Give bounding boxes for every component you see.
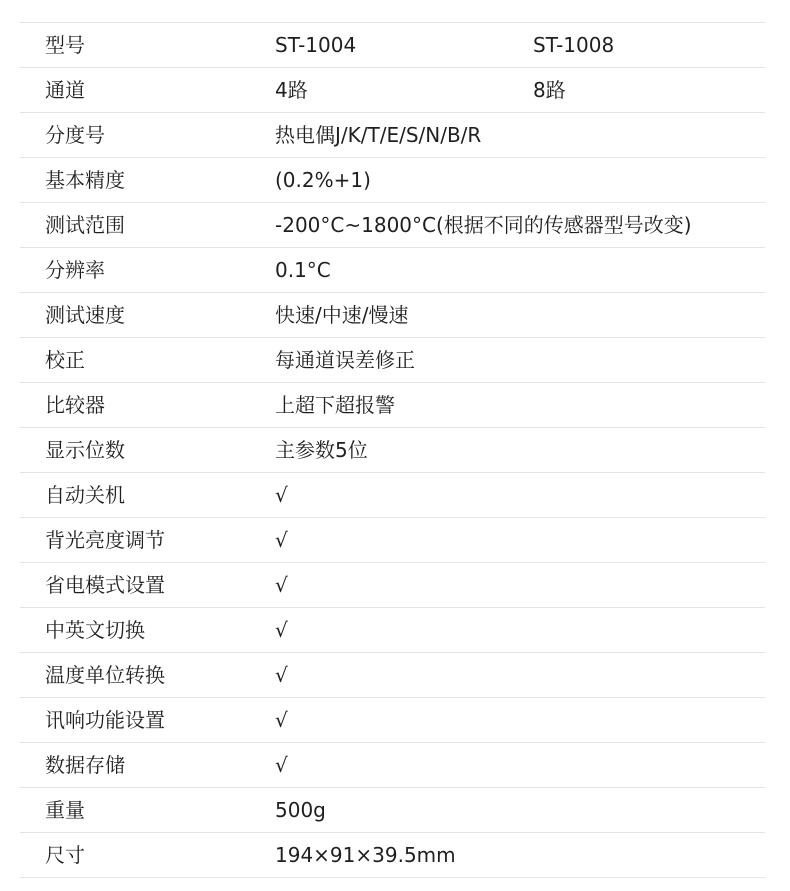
- spec-name-cell: 分辨率: [20, 248, 275, 292]
- table-row: 背光亮度调节√: [20, 518, 765, 563]
- spec-name-cell: 显示位数: [20, 428, 275, 472]
- spec-value-cell-2: ST-1008: [533, 23, 765, 67]
- table-row: 中英文切换√: [20, 608, 765, 653]
- spec-name-cell: 温度单位转换: [20, 653, 275, 697]
- spec-name-cell: 数据存储: [20, 743, 275, 787]
- table-row: 尺寸194×91×39.5mm: [20, 833, 765, 878]
- spec-value-cell: 每通道误差修正: [275, 338, 533, 382]
- spec-value-cell: √: [275, 743, 533, 787]
- table-row: 显示位数主参数5位: [20, 428, 765, 473]
- spec-name-cell: 尺寸: [20, 833, 275, 877]
- spec-value-cell: √: [275, 608, 533, 652]
- table-row: 自动关机√: [20, 473, 765, 518]
- spec-value-cell: √: [275, 698, 533, 742]
- spec-value-cell: 快速/中速/慢速: [275, 293, 533, 337]
- table-row: 省电模式设置√: [20, 563, 765, 608]
- spec-name-cell: 省电模式设置: [20, 563, 275, 607]
- spec-value-cell: 主参数5位: [275, 428, 533, 472]
- table-row: 重量500g: [20, 788, 765, 833]
- table-row: 测试速度快速/中速/慢速: [20, 293, 765, 338]
- spec-value-cell: 500g: [275, 788, 533, 832]
- spec-name-cell: 自动关机: [20, 473, 275, 517]
- spec-value-cell-2: 8路: [533, 68, 765, 112]
- spec-name-cell: 校正: [20, 338, 275, 382]
- spec-name-cell: 基本精度: [20, 158, 275, 202]
- spec-name-cell: 比较器: [20, 383, 275, 427]
- spec-name-cell: 讯响功能设置: [20, 698, 275, 742]
- spec-table: 型号ST-1004ST-1008通道4路8路分度号热电偶J/K/T/E/S/N/…: [20, 22, 765, 878]
- spec-name-cell: 背光亮度调节: [20, 518, 275, 562]
- spec-value-cell: (0.2%+1): [275, 158, 533, 202]
- table-row: 讯响功能设置√: [20, 698, 765, 743]
- spec-value-cell: 上超下超报警: [275, 383, 533, 427]
- table-row: 比较器上超下超报警: [20, 383, 765, 428]
- spec-name-cell: 型号: [20, 23, 275, 67]
- table-row: 数据存储√: [20, 743, 765, 788]
- spec-value-cell: √: [275, 653, 533, 697]
- table-row: 型号ST-1004ST-1008: [20, 23, 765, 68]
- spec-value-cell: 194×91×39.5mm: [275, 833, 533, 877]
- table-row: 分度号热电偶J/K/T/E/S/N/B/R: [20, 113, 765, 158]
- spec-name-cell: 重量: [20, 788, 275, 832]
- table-row: 分辨率0.1°C: [20, 248, 765, 293]
- spec-value-cell: √: [275, 473, 533, 517]
- spec-value-cell: √: [275, 563, 533, 607]
- spec-value-cell: ST-1004: [275, 23, 533, 67]
- table-row: 测试范围-200°C~1800°C(根据不同的传感器型号改变): [20, 203, 765, 248]
- spec-name-cell: 中英文切换: [20, 608, 275, 652]
- spec-value-cell: 热电偶J/K/T/E/S/N/B/R: [275, 113, 533, 157]
- table-row: 通道4路8路: [20, 68, 765, 113]
- table-row: 校正每通道误差修正: [20, 338, 765, 383]
- table-row: 基本精度(0.2%+1): [20, 158, 765, 203]
- table-row: 温度单位转换√: [20, 653, 765, 698]
- spec-name-cell: 测试速度: [20, 293, 275, 337]
- spec-name-cell: 分度号: [20, 113, 275, 157]
- spec-value-cell: 4路: [275, 68, 533, 112]
- spec-name-cell: 通道: [20, 68, 275, 112]
- spec-name-cell: 测试范围: [20, 203, 275, 247]
- spec-value-cell: √: [275, 518, 533, 562]
- spec-value-cell: -200°C~1800°C(根据不同的传感器型号改变): [275, 203, 533, 247]
- spec-value-cell: 0.1°C: [275, 248, 533, 292]
